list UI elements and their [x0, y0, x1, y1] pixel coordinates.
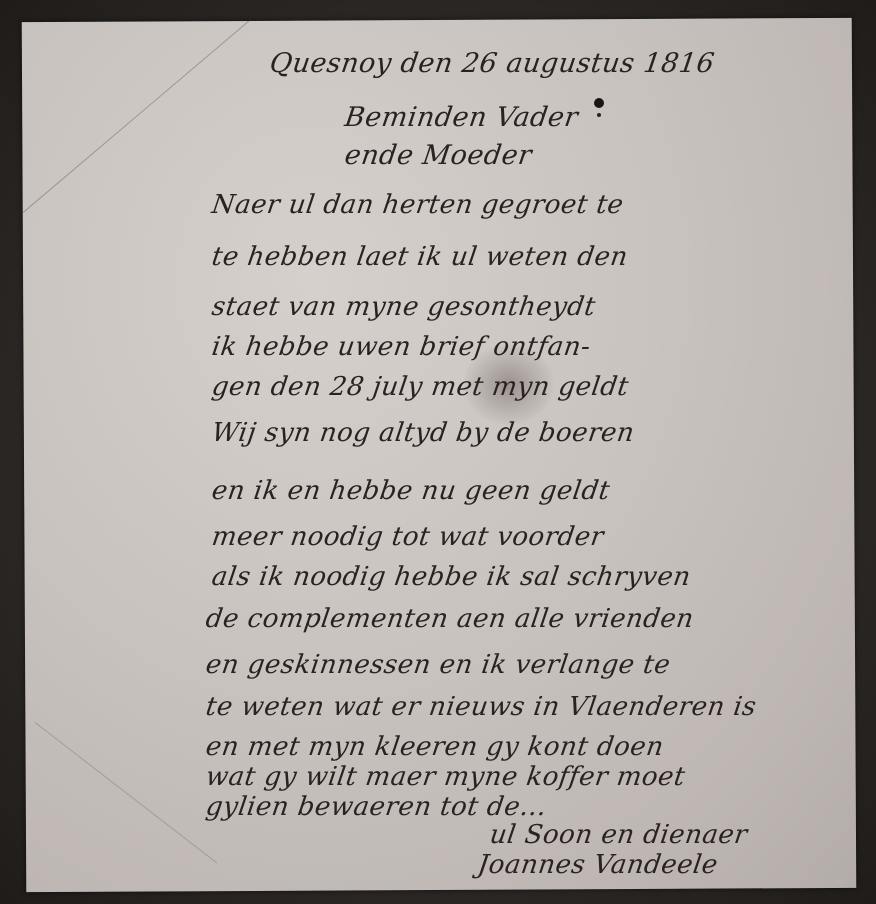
body-line-4: ik hebbe uwen brief ontfan-: [210, 332, 593, 362]
letter-text: Quesnoy den 26 augustus 1816 Beminden Va…: [0, 0, 876, 904]
salutation-mother: ende Moeder: [343, 140, 534, 171]
body-line-9: als ik noodig hebbe ik sal schryven: [210, 562, 693, 592]
salutation-father: Beminden Vader: [343, 102, 580, 133]
place-date: Quesnoy den 26 augustus 1816: [268, 48, 717, 79]
body-line-5: gen den 28 july met myn geldt: [210, 372, 631, 402]
body-line-13: en met myn kleeren gy kont doen: [204, 732, 666, 762]
signature: Joannes Vandeele: [476, 850, 720, 880]
body-line-7: en ik en hebbe nu geen geldt: [210, 476, 612, 506]
body-line-2: te hebben laet ik ul weten den: [210, 242, 630, 272]
body-line-11: en geskinnessen en ik verlange te: [204, 650, 672, 680]
body-line-14: wat gy wilt maer myne koffer moet: [204, 762, 687, 792]
body-line-8: meer noodig tot wat voorder: [210, 522, 606, 552]
body-line-12: te weten wat er nieuws in Vlaenderen is: [204, 692, 758, 722]
body-line-10: de complementen aen alle vrienden: [204, 604, 696, 634]
body-line-3: staet van myne gesontheydt: [210, 292, 598, 322]
body-line-6: Wij syn nog altyd by de boeren: [210, 418, 636, 448]
body-line-15: gylien bewaeren tot de...: [204, 792, 549, 822]
body-line-1: Naer ul dan herten gegroet te: [210, 190, 626, 220]
closing-line: ul Soon en dienaer: [488, 820, 749, 850]
